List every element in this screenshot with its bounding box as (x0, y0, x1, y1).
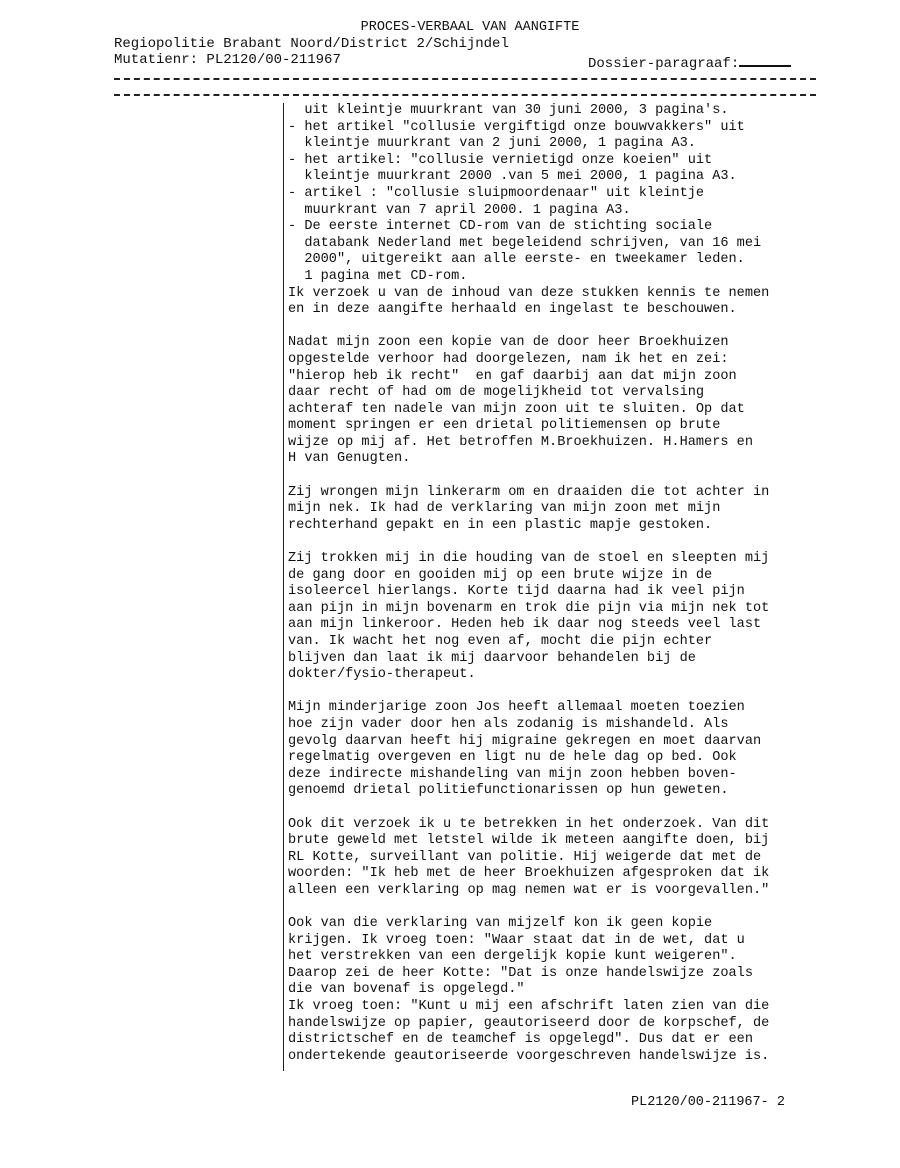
list-item-line: - De eerste internet CD-rom van de stich… (288, 219, 828, 236)
document-title: PROCES-VERBAAL VAN AANGIFTE (0, 20, 900, 35)
paragraph-line: aan mijn linkeroor. Heden heb ik daar no… (288, 617, 828, 634)
list-item-line: kleintje muurkrant 2000 .van 5 mei 2000,… (288, 169, 828, 186)
paragraph-line: brute geweld met letstel wilde ik meteen… (288, 833, 828, 850)
paragraph: Zij wrongen mijn linkerarm om en draaide… (288, 485, 828, 535)
paragraph-line: isoleercel hierlangs. Korte tijd daarna … (288, 584, 828, 601)
enclosure-list: uit kleintje muurkrant van 30 juni 2000,… (288, 103, 828, 286)
paragraph-line: H van Genugten. (288, 451, 828, 468)
paragraph-line: die van bovenaf is opgelegd." (288, 982, 828, 999)
paragraph-line: Ook dit verzoek ik u te betrekken in het… (288, 817, 828, 834)
list-item-line: - artikel : "collusie sluipmoordenaar" u… (288, 186, 828, 203)
paragraph-gap (288, 900, 828, 917)
paragraph-line: Zij trokken mij in die houding van de st… (288, 551, 828, 568)
mutation-label: Mutatienr: (114, 52, 198, 68)
document-body: uit kleintje muurkrant van 30 juni 2000,… (288, 103, 828, 1065)
paragraph-line: Daarop zei de heer Kotte: "Dat is onze h… (288, 966, 828, 983)
paragraph-line: Ik vroeg toen: "Kunt u mij een afschrift… (288, 999, 828, 1016)
paragraph-line: Nadat mijn zoon een kopie van de door he… (288, 335, 828, 352)
paragraph-line: van. Ik wacht het nog even af, mocht die… (288, 634, 828, 651)
paragraph-line: daar recht of had om de mogelijkheid tot… (288, 385, 828, 402)
paragraph-line: alleen een verklaring op mag nemen wat e… (288, 883, 828, 900)
paragraph-line: blijven dan laat ik mij daarvoor behande… (288, 651, 828, 668)
paragraph-gap (288, 684, 828, 701)
paragraph-line: Ik verzoek u van de inhoud van deze stuk… (288, 286, 828, 303)
margin-bar (283, 103, 284, 1071)
list-item-line: 1 pagina met CD-rom. (288, 269, 828, 286)
paragraph-gap (288, 800, 828, 817)
paragraph-line: het verstrekken van een dergelijk kopie … (288, 949, 828, 966)
paragraph-gap (288, 468, 828, 485)
organisation-line: Regiopolitie Brabant Noord/District 2/Sc… (114, 36, 509, 52)
paragraph-line: dokter/fysio-therapeut. (288, 667, 828, 684)
paragraph: Ook dit verzoek ik u te betrekken in het… (288, 817, 828, 900)
dossier-value-blank (739, 55, 791, 67)
paragraph-line: aan pijn in mijn bovenarm en trok die pi… (288, 601, 828, 618)
paragraph-line: mijn nek. Ik had de verklaring van mijn … (288, 501, 828, 518)
list-item-line: databank Nederland met begeleidend schri… (288, 236, 828, 253)
mutation-line: Mutatienr: PL2120/00-211967 (114, 52, 341, 68)
paragraph: Nadat mijn zoon een kopie van de door he… (288, 335, 828, 468)
paragraph-line: de gang door en gooiden mij op een brute… (288, 568, 828, 585)
paragraph-line: achteraf ten nadele van mijn zoon uit te… (288, 402, 828, 419)
paragraph: Zij trokken mij in die houding van de st… (288, 551, 828, 684)
page-reference: PL2120/00-211967- 2 (631, 1095, 785, 1110)
mutation-number: PL2120/00-211967 (206, 52, 340, 68)
paragraph-line: krijgen. Ik vroeg toen: "Waar staat dat … (288, 933, 828, 950)
paragraph-line: regelmatig overgeven en ligt nu de hele … (288, 750, 828, 767)
paragraph-line: moment springen er een drietal politieme… (288, 418, 828, 435)
paragraph-line: wijze op mij af. Het betroffen M.Broekhu… (288, 435, 828, 452)
paragraph-line: Ook van die verklaring van mijzelf kon i… (288, 916, 828, 933)
paragraph-line: woorden: "Ik heb met de heer Broekhuizen… (288, 866, 828, 883)
list-item-line: - het artikel: "collusie vernietigd onze… (288, 153, 828, 170)
paragraph-line: RL Kotte, surveillant van politie. Hij w… (288, 850, 828, 867)
paragraph-gap (288, 534, 828, 551)
paragraph: Ook van die verklaring van mijzelf kon i… (288, 916, 828, 1065)
paragraph-line: rechterhand gepakt en in een plastic map… (288, 518, 828, 535)
paragraph-line: Zij wrongen mijn linkerarm om en draaide… (288, 485, 828, 502)
list-item-line: kleintje muurkrant van 2 juni 2000, 1 pa… (288, 136, 828, 153)
paragraph-line: gevolg daarvan heeft hij migraine gekreg… (288, 734, 828, 751)
paragraph-line: ondertekende geautoriseerde voorgeschrev… (288, 1049, 828, 1066)
dossier-paragraph: Dossier-paragraaf: (588, 55, 791, 72)
separator-line-1 (114, 78, 816, 80)
paragraph: Ik verzoek u van de inhoud van deze stuk… (288, 286, 828, 319)
paragraph-line: handelswijze op papier, geautoriseerd do… (288, 1016, 828, 1033)
paragraph-gap (288, 319, 828, 336)
separator-line-2 (114, 94, 816, 96)
paragraph: Mijn minderjarige zoon Jos heeft allemaa… (288, 700, 828, 800)
paragraph-line: "hierop heb ik recht" en gaf daarbij aan… (288, 369, 828, 386)
list-item-line: muurkrant van 7 april 2000. 1 pagina A3. (288, 203, 828, 220)
paragraph-line: opgestelde verhoor had doorgelezen, nam … (288, 352, 828, 369)
paragraph-line: en in deze aangifte herhaald en ingelast… (288, 302, 828, 319)
paragraph-line: Mijn minderjarige zoon Jos heeft allemaa… (288, 700, 828, 717)
paragraph-line: deze indirecte mishandeling van mijn zoo… (288, 767, 828, 784)
paragraph-line: districtschef en de teamchef is opgelegd… (288, 1032, 828, 1049)
list-item-line: - het artikel "collusie vergiftigd onze … (288, 120, 828, 137)
paragraph-line: genoemd drietal politiefunctionarissen o… (288, 783, 828, 800)
paragraph-line: hoe zijn vader door hen als zodanig is m… (288, 717, 828, 734)
dossier-label: Dossier-paragraaf: (588, 56, 739, 72)
list-item-line: 2000", uitgereikt aan alle eerste- en tw… (288, 252, 828, 269)
list-item-line: uit kleintje muurkrant van 30 juni 2000,… (288, 103, 828, 120)
paragraphs: Ik verzoek u van de inhoud van deze stuk… (288, 286, 828, 1066)
